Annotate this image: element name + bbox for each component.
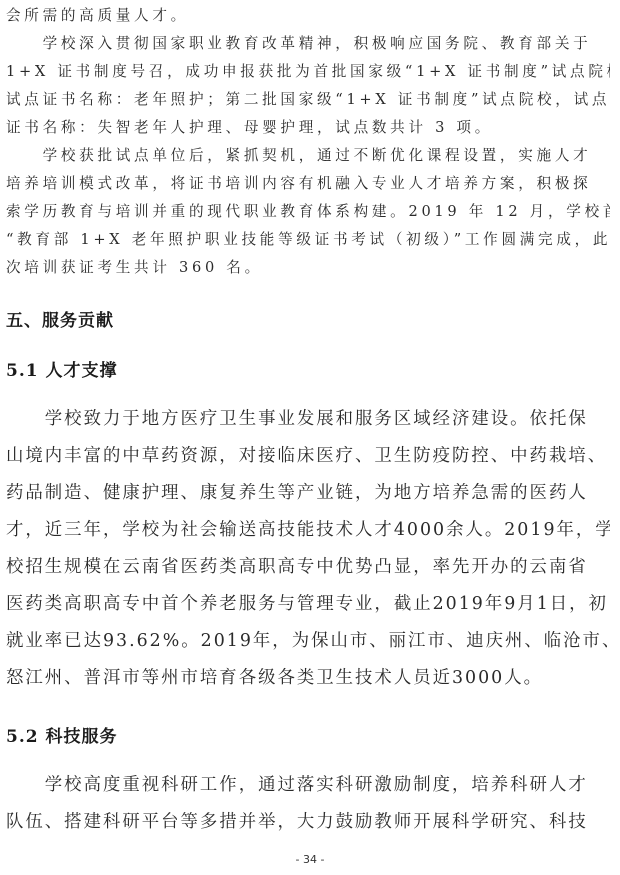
text-line: 次培训获证考生共计 360 名。: [6, 256, 610, 277]
text-line: “教育部 1+X 老年照护职业技能等级证书考试（初级）”工作圆满完成，此: [6, 228, 610, 249]
text-line: 索学历教育与培训并重的现代职业教育体系构建。2019 年 12 月，学校首批: [6, 200, 610, 221]
text-line: 会所需的高质量人才。: [6, 4, 610, 25]
text-line: 怒江州、普洱市等州市培育各级各类卫生技术人员近3000人。: [6, 663, 610, 688]
text-line: 药品制造、健康护理、康复养生等产业链，为地方培养急需的医药人: [6, 478, 610, 503]
text-line: 学校高度重视科研工作，通过落实科研激励制度，培养科研人才: [6, 770, 610, 795]
text-line: 校招生规模在云南省医药类高职高专中优势凸显，率先开办的云南省: [6, 552, 610, 577]
text-line: 就业率已达93.62%。2019年，为保山市、丽江市、迪庆州、临沧市、: [6, 626, 610, 651]
text-line: 队伍、搭建科研平台等多措并举，大力鼓励教师开展科学研究、科技: [6, 807, 610, 832]
text-line: 1+X 证书制度号召，成功申报获批为首批国家级“1+X 证书制度”试点院校，: [6, 60, 610, 81]
text-line: 才，近三年，学校为社会输送高技能技术人才4000余人。2019年，学: [6, 515, 610, 540]
text-line: 试点证书名称：老年照护；第二批国家级“1+X 证书制度”试点院校，试点: [6, 88, 610, 109]
text-line: 学校致力于地方医疗卫生事业发展和服务区域经济建设。依托保: [6, 404, 610, 429]
page-number: - 34 -: [0, 853, 620, 866]
text-line: 学校获批试点单位后，紧抓契机，通过不断优化课程设置，实施人才: [6, 144, 610, 165]
section-heading: 五、服务贡献: [6, 306, 114, 331]
subsection-heading-research: 5.2 科技服务: [6, 722, 118, 747]
text-line: 山境内丰富的中草药资源，对接临床医疗、卫生防疫防控、中药栽培、: [6, 441, 610, 466]
text-line: 医药类高职高专中首个养老服务与管理专业，截止2019年9月1日，初: [6, 589, 610, 614]
text-line: 培养培训模式改革，将证书培训内容有机融入专业人才培养方案，积极探: [6, 172, 610, 193]
text-line: 学校深入贯彻国家职业教育改革精神，积极响应国务院、教育部关于: [6, 32, 610, 53]
subsection-heading-talent: 5.1 人才支撑: [6, 356, 118, 381]
text-line: 证书名称：失智老年人护理、母婴护理，试点数共计 3 项。: [6, 116, 610, 137]
